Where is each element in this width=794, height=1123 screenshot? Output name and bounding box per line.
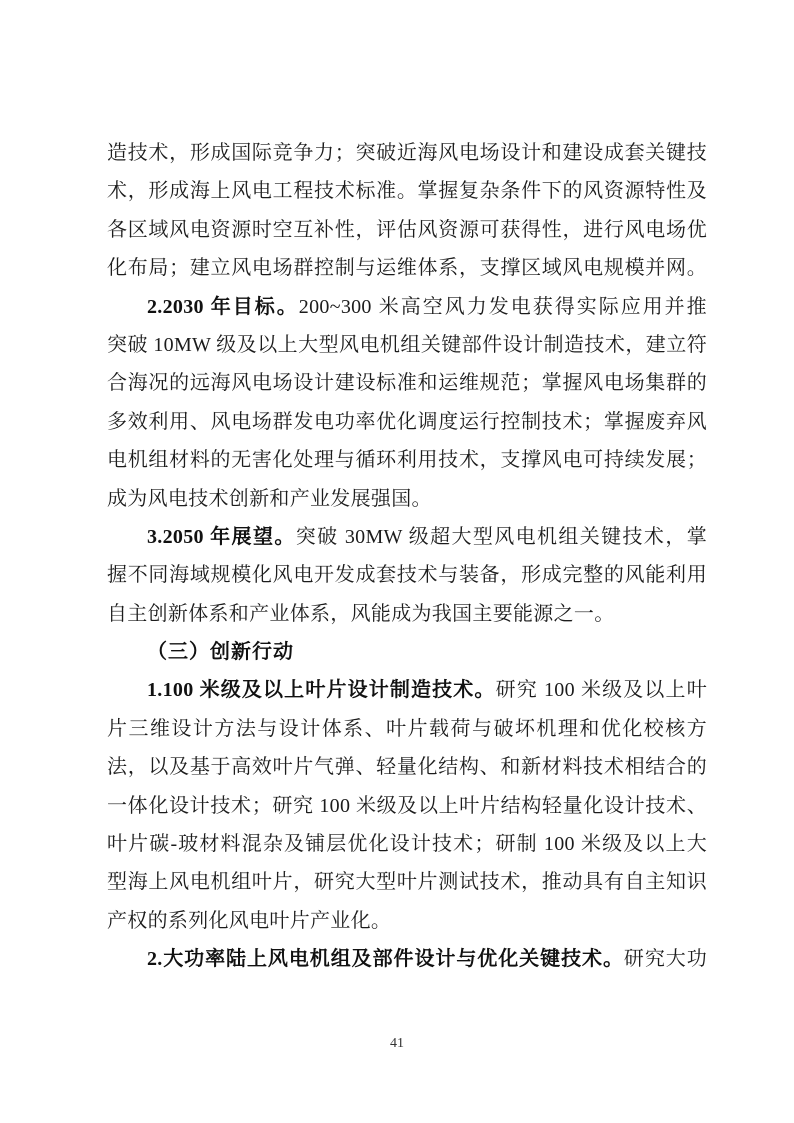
text-line: 型海上风电机组叶片，研究大型叶片测试技术，推动具有自主知识 [107,863,707,901]
text-run: 成为风电技术创新和产业发展强国。 [107,488,432,510]
text-run: 法，以及基于高效叶片气弹、轻量化结构、和新材料技术相结合的 [107,756,707,778]
bold-run: 2.2030 年目标。 [147,296,299,318]
text-line: 合海况的远海风电场设计建设标准和运维规范；掌握风电场集群的 [107,364,707,402]
bold-run: （三）创新行动 [147,641,294,663]
text-line: 叶片碳-玻材料混杂及铺层优化设计技术；研制 100 米级及以上大 [107,825,707,863]
bold-run: 1.100 米级及以上叶片设计制造技术。 [147,679,496,701]
text-line: 电机组材料的无害化处理与循环利用技术，支撑风电可持续发展； [107,441,707,479]
text-run: 造技术，形成国际竞争力；突破近海风电场设计和建设成套关键技 [107,142,707,164]
document-page: 造技术，形成国际竞争力；突破近海风电场设计和建设成套关键技术，形成海上风电工程技… [0,0,794,1123]
text-run: 一体化设计技术；研究 100 米级及以上叶片结构轻量化设计技术、 [107,795,707,817]
text-line: 各区域风电资源时空互补性，评估风资源可获得性，进行风电场优 [107,211,707,249]
page-number: 41 [0,1036,794,1052]
text-line: 片三维设计方法与设计体系、叶片载荷与破坏机理和优化校核方 [107,710,707,748]
text-line: 多效利用、风电场群发电功率优化调度运行控制技术；掌握废弃风 [107,403,707,441]
text-line: 产权的系列化风电叶片产业化。 [107,902,707,940]
section-heading: （三）创新行动 [107,633,707,671]
text-line: 成为风电技术创新和产业发展强国。 [107,480,707,518]
bold-run: 2.大功率陆上风电机组及部件设计与优化关键技术。 [147,948,624,970]
text-run: 研究 100 米级及以上叶 [496,679,707,701]
text-run: 自主创新体系和产业体系，风能成为我国主要能源之一。 [107,603,615,625]
text-line: 一体化设计技术；研究 100 米级及以上叶片结构轻量化设计技术、 [107,787,707,825]
text-line: 2.2030 年目标。200~300 米高空风力发电获得实际应用并推广。 [107,288,707,326]
text-line: 法，以及基于高效叶片气弹、轻量化结构、和新材料技术相结合的 [107,748,707,786]
text-run: 术，形成海上风电工程技术标准。掌握复杂条件下的风资源特性及 [107,180,707,202]
text-line: 化布局；建立风电场群控制与运维体系，支撑区域风电规模并网。 [107,249,707,287]
text-run: 各区域风电资源时空互补性，评估风资源可获得性，进行风电场优 [107,219,707,241]
text-run: 产权的系列化风电叶片产业化。 [107,910,391,932]
text-run: 片三维设计方法与设计体系、叶片载荷与破坏机理和优化校核方 [107,718,707,740]
text-line: 自主创新体系和产业体系，风能成为我国主要能源之一。 [107,595,707,633]
text-line: 造技术，形成国际竞争力；突破近海风电场设计和建设成套关键技 [107,134,707,172]
text-run: 合海况的远海风电场设计建设标准和运维规范；掌握风电场集群的 [107,372,707,394]
text-line: 2.大功率陆上风电机组及部件设计与优化关键技术。研究大功 [107,940,707,978]
bold-run: 3.2050 年展望。 [147,526,296,548]
text-run: 研究大功 [624,948,707,970]
text-run: 突破 10MW 级及以上大型风电机组关键部件设计制造技术，建立符 [107,334,707,356]
text-line: 术，形成海上风电工程技术标准。掌握复杂条件下的风资源特性及 [107,172,707,210]
text-run: 化布局；建立风电场群控制与运维体系，支撑区域风电规模并网。 [107,257,707,279]
text-run: 电机组材料的无害化处理与循环利用技术，支撑风电可持续发展； [107,449,707,471]
text-line: 3.2050 年展望。突破 30MW 级超大型风电机组关键技术，掌 [107,518,707,556]
text-line: 突破 10MW 级及以上大型风电机组关键部件设计制造技术，建立符 [107,326,707,364]
text-run: 多效利用、风电场群发电功率优化调度运行控制技术；掌握废弃风 [107,411,707,433]
text-line: 握不同海域规模化风电开发成套技术与装备，形成完整的风能利用 [107,556,707,594]
text-run: 握不同海域规模化风电开发成套技术与装备，形成完整的风能利用 [107,564,707,586]
text-line: 1.100 米级及以上叶片设计制造技术。研究 100 米级及以上叶 [107,671,707,709]
text-run: 叶片碳-玻材料混杂及铺层优化设计技术；研制 100 米级及以上大 [107,833,707,855]
text-run: 型海上风电机组叶片，研究大型叶片测试技术，推动具有自主知识 [107,871,707,893]
text-run: 突破 30MW 级超大型风电机组关键技术，掌 [296,526,707,548]
document-body: 造技术，形成国际竞争力；突破近海风电场设计和建设成套关键技术，形成海上风电工程技… [107,134,707,979]
